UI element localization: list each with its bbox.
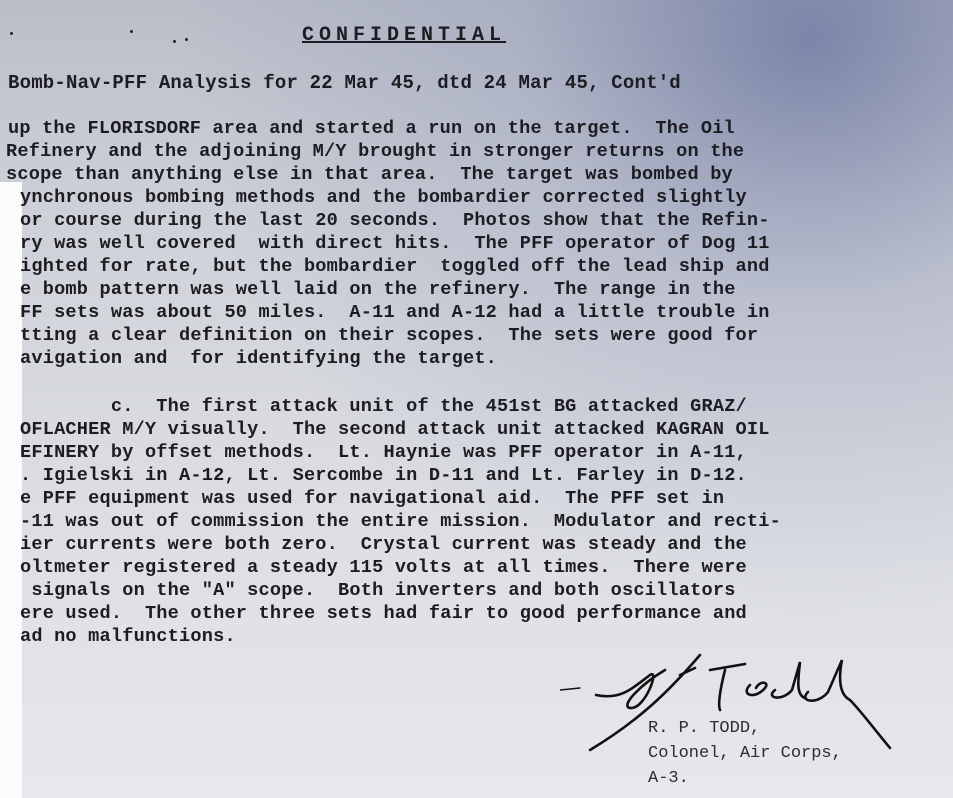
text-line: ynchronous bombing methods and the bomba… bbox=[20, 187, 747, 209]
text-line: Refinery and the adjoining M/Y brought i… bbox=[6, 141, 744, 163]
text-line: . Igielski in A-12, Lt. Sercombe in D-11… bbox=[20, 465, 747, 487]
ink-speck bbox=[173, 40, 176, 43]
document-subject: Bomb-Nav-PFF Analysis for 22 Mar 45, dtd… bbox=[8, 72, 681, 94]
signer-title: Colonel, Air Corps, bbox=[648, 741, 842, 766]
text-line: c. The first attack unit of the 451st BG… bbox=[20, 396, 747, 418]
text-line: EFINERY by offset methods. Lt. Haynie wa… bbox=[20, 442, 747, 464]
text-line: signals on the "A" scope. Both inverters… bbox=[20, 580, 736, 602]
text-line: e PFF equipment was used for navigationa… bbox=[20, 488, 724, 510]
text-line: ier currents were both zero. Crystal cur… bbox=[20, 534, 747, 556]
text-line: ighted for rate, but the bombardier togg… bbox=[20, 256, 770, 278]
text-line: avigation and for identifying the target… bbox=[20, 348, 497, 370]
text-line: OFLACHER M/Y visually. The second attack… bbox=[20, 419, 770, 441]
signature-block: R. P. TODD, Colonel, Air Corps, A-3. bbox=[648, 716, 842, 791]
text-line: ry was well covered with direct hits. Th… bbox=[20, 233, 770, 255]
text-line: ad no malfunctions. bbox=[20, 626, 236, 648]
signer-office: A-3. bbox=[648, 766, 842, 791]
text-line: e bomb pattern was well laid on the refi… bbox=[20, 279, 736, 301]
text-line: -11 was out of commission the entire mis… bbox=[20, 511, 781, 533]
text-line: ere used. The other three sets had fair … bbox=[20, 603, 747, 625]
text-line: FF sets was about 50 miles. A-11 and A-1… bbox=[20, 302, 770, 324]
text-line: oltmeter registered a steady 115 volts a… bbox=[20, 557, 747, 579]
ink-speck bbox=[185, 38, 188, 41]
text-line: tting a clear definition on their scopes… bbox=[20, 325, 758, 347]
text-line: scope than anything else in that area. T… bbox=[6, 164, 733, 186]
classification-heading: CONFIDENTIAL bbox=[302, 24, 506, 47]
scan-edge-strip bbox=[0, 182, 22, 798]
document-page: CONFIDENTIAL Bomb-Nav-PFF Analysis for 2… bbox=[0, 0, 953, 798]
text-line: or course during the last 20 seconds. Ph… bbox=[20, 210, 770, 232]
ink-speck bbox=[130, 30, 133, 33]
ink-speck bbox=[10, 32, 13, 35]
signer-name: R. P. TODD, bbox=[648, 716, 842, 741]
text-line: up the FLORISDORF area and started a run… bbox=[8, 118, 735, 140]
